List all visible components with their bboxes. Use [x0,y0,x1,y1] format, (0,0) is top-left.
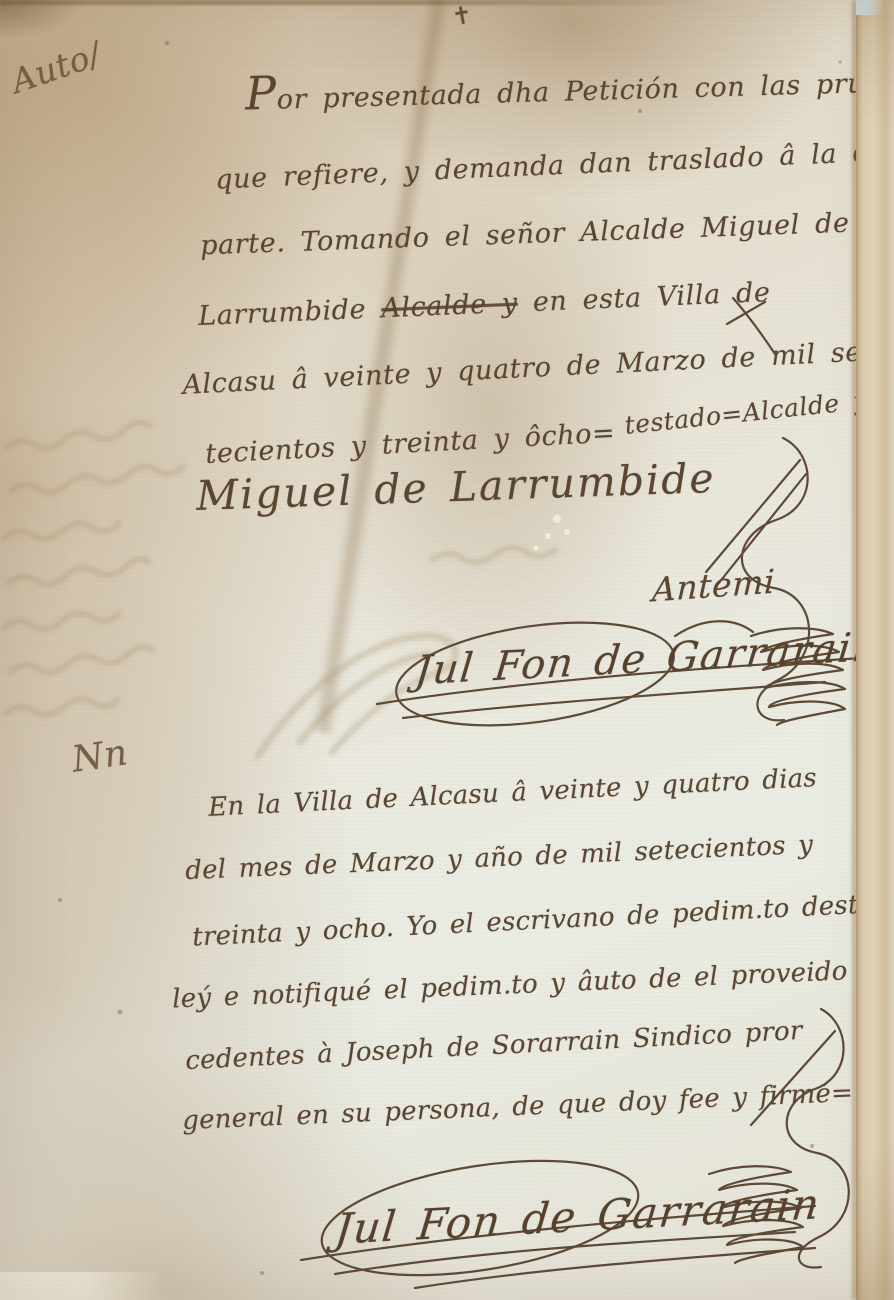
manuscript-page: ✝ Auto/ Por presentada dha Petición con … [0,0,894,1300]
scan-vignette [0,0,894,1300]
